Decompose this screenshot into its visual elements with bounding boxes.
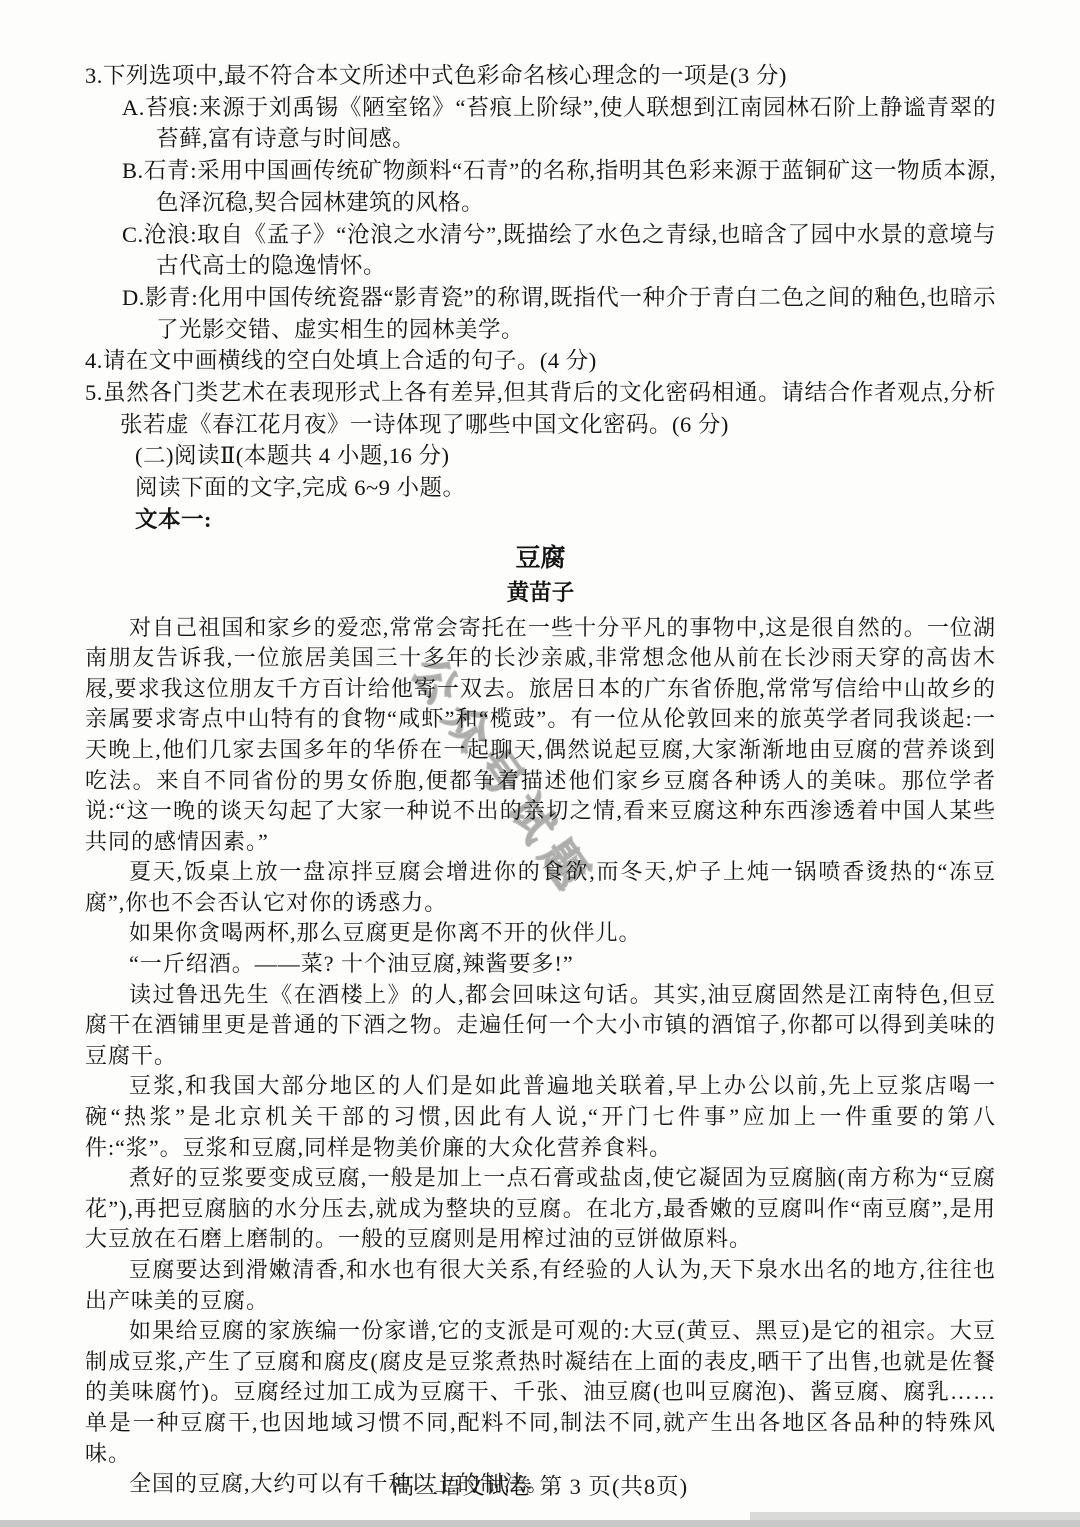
option-d-text: 影青:化用中国传统瓷器“影青瓷”的称谓,既指代一种介于青白二色之间的釉色,也暗示… [145,285,996,342]
question-3-text: 下列选项中,最不符合本文所述中式色彩命名核心理念的一项是(3 分) [103,63,787,88]
question-area: 3.下列选项中,最不符合本文所述中式色彩命名核心理念的一项是(3 分) A.苔痕… [85,60,996,536]
question-4-number: 4. [85,348,103,373]
question-3-option-d: D.影青:化用中国传统瓷器“影青瓷”的称谓,既指代一种介于青白二色之间的釉色,也… [122,282,996,345]
page-footer: 高三语文试卷 第 3 页(共8页) [0,1469,1080,1501]
question-5-number: 5. [85,380,103,405]
question-3-option-c: C.沧浪:取自《孟子》“沧浪之水清兮”,既描绘了水色之青绿,也暗含了园中水景的意… [122,219,996,282]
option-c-label: C. [122,222,144,247]
article-paragraph-2: 夏天,饭桌上放一盘凉拌豆腐会增进你的食欲,而冬天,炉子上炖一锅喷香烫热的“冻豆腐… [85,857,996,918]
section-heading: (二)阅读Ⅱ(本题共 4 小题,16 分) [135,440,996,472]
article-paragraph-8: 豆腐要达到滑嫩清香,和水也有很大关系,有经验的人认为,天下泉水出名的地方,往往也… [85,1255,996,1316]
option-c-text: 沧浪:取自《孟子》“沧浪之水清兮”,既描绘了水色之青绿,也暗含了园中水景的意境与… [144,222,996,279]
question-3-option-a: A.苔痕:来源于刘禹锡《陋室铭》“苔痕上阶绿”,使人联想到江南园林石阶上静谧青翠… [122,92,996,155]
question-5-stem: 5.虽然各门类艺术在表现形式上各有差异,但其背后的文化密码相通。请结合作者观点,… [85,377,996,440]
question-4-text: 请在文中画横线的空白处填上合适的句子。(4 分) [103,348,597,373]
question-3-option-b: B.石青:采用中国画传统矿物颜料“石青”的名称,指明其色彩来源于蓝铜矿这一物质本… [122,155,996,218]
option-d-label: D. [122,285,145,310]
question-3-number: 3. [85,63,103,88]
option-a-label: A. [122,95,145,120]
article-paragraph-5: 读过鲁迅先生《在酒楼上》的人,都会回味这句话。其实,油豆腐固然是江南特色,但豆腐… [85,980,996,1072]
article-paragraph-6: 豆浆,和我国大部分地区的人们是如此普遍地关联着,早上办公以前,先上豆浆店喝一碗“… [85,1071,996,1163]
article-paragraph-3: 如果你贪喝两杯,那么豆腐更是你离不开的伙伴儿。 [85,918,996,949]
question-5-text: 虽然各门类艺术在表现形式上各有差异,但其背后的文化密码相通。请结合作者观点,分析… [103,380,996,437]
text-one-label: 文本一: [135,504,996,536]
article-paragraph-7: 煮好的豆浆要变成豆腐,一般是加上一点石膏或盐卤,使它凝固为豆腐脑(南方称为“豆腐… [85,1163,996,1255]
article-paragraph-9: 如果给豆腐的家族编一份家谱,它的支派是可观的:大豆(黄豆、黑豆)是它的祖宗。大豆… [85,1316,996,1469]
article-paragraph-4: “一斤绍酒。——菜? 十个油豆腐,辣酱要多!” [85,949,996,980]
reading-instruction: 阅读下面的文字,完成 6~9 小题。 [135,472,996,504]
question-3-stem: 3.下列选项中,最不符合本文所述中式色彩命名核心理念的一项是(3 分) [85,60,996,92]
option-b-label: B. [122,158,144,183]
article-paragraph-1: 对自己祖国和家乡的爱恋,常常会寄托在一些十分平凡的事物中,这是很自然的。一位湖南… [85,613,996,858]
article-author: 黄苗子 [85,576,996,609]
option-b-text: 石青:采用中国画传统矿物颜料“石青”的名称,指明其色彩来源于蓝铜矿这一物质本源,… [144,158,996,215]
page-content: 3.下列选项中,最不符合本文所述中式色彩命名核心理念的一项是(3 分) A.苔痕… [85,60,996,1500]
option-a-text: 苔痕:来源于刘禹锡《陋室铭》“苔痕上阶绿”,使人联想到江南园林石阶上静谧青翠的苔… [145,95,996,152]
question-4-stem: 4.请在文中画横线的空白处填上合适的句子。(4 分) [85,345,996,377]
article-title: 豆腐 [85,542,996,576]
exam-page-scan: 公众号试题 3.下列选项中,最不符合本文所述中式色彩命名核心理念的一项是(3 分… [0,0,1080,1527]
scan-edge-bottom [0,1520,1080,1527]
